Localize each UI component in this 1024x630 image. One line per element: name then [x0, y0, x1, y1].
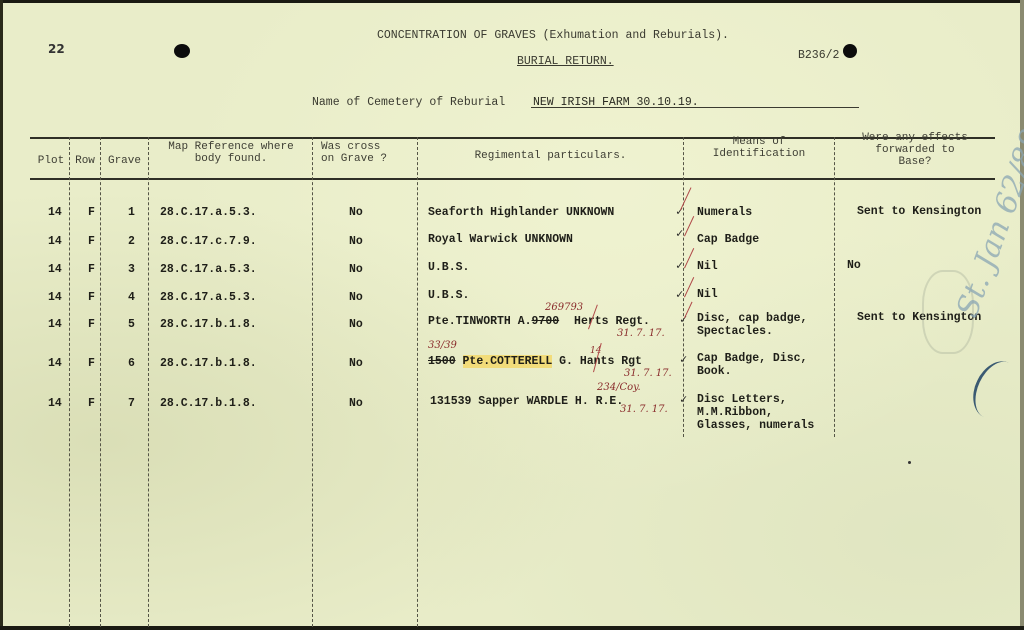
header-means: Means of Identification — [684, 136, 834, 160]
cell-cross: No — [349, 235, 363, 248]
cell-grave: 1 — [128, 206, 135, 219]
header-means-line2: Identification — [684, 148, 834, 160]
check-mark-icon: ✓ — [676, 258, 683, 273]
column-divider — [417, 137, 418, 627]
handwritten-date: 31. 7. 17. — [620, 404, 668, 415]
cell-grave: 5 — [128, 318, 135, 331]
column-divider — [100, 137, 101, 627]
header-effects-line3: Base? — [835, 156, 995, 168]
cell-plot: 14 — [48, 318, 62, 331]
pencil-mark — [964, 354, 1024, 427]
header-row: Row — [70, 155, 100, 167]
punch-hole-icon — [843, 44, 857, 58]
check-mark-icon: ✓ — [676, 287, 683, 302]
cell-identification: Cap Badge — [697, 233, 759, 246]
cell-regimental: U.B.S. — [428, 289, 469, 302]
ink-dot — [908, 461, 911, 464]
red-slash-mark — [684, 248, 694, 268]
cemetery-underline — [531, 107, 859, 108]
regimental-unit: G. Hants Rgt — [559, 355, 642, 368]
cell-map-ref: 28.C.17.a.5.3. — [160, 291, 257, 304]
cell-row: F — [88, 206, 95, 219]
red-slash-mark — [684, 277, 694, 297]
cell-grave: 3 — [128, 263, 135, 276]
cell-map-ref: 28.C.17.b.1.8. — [160, 397, 257, 410]
column-divider — [312, 137, 313, 627]
red-slash-mark — [680, 187, 691, 210]
cell-regimental: 1500 Pte.COTTERELL G. Hants Rgt — [428, 355, 642, 368]
cell-regimental: Pte.TINWORTH A.9700 Herts Regt. — [428, 315, 650, 328]
cell-map-ref: 28.C.17.a.5.3. — [160, 206, 257, 219]
cell-identification: Nil — [697, 260, 718, 273]
scan-border-top — [0, 0, 1024, 3]
header-cross-line2: on Grave ? — [321, 153, 425, 165]
cell-row: F — [88, 318, 95, 331]
header-means-line1: Means of — [684, 136, 834, 148]
cell-regimental: Seaforth Highlander UNKNOWN — [428, 206, 614, 219]
cell-cross: No — [349, 291, 363, 304]
check-mark-icon: ✓ — [676, 226, 683, 241]
cell-identification: Disc Letters, M.M.Ribbon, Glasses, numer… — [697, 393, 814, 432]
struck-number: 9700 — [532, 315, 560, 328]
regimental-unit: Herts Regt. — [574, 315, 650, 328]
header-plot: Plot — [33, 155, 69, 167]
scan-border-left — [0, 0, 3, 630]
cell-regimental: 131539 Sapper WARDLE H. R.E. — [430, 395, 623, 408]
cell-cross: No — [349, 263, 363, 276]
cell-row: F — [88, 357, 95, 370]
column-divider — [69, 137, 70, 627]
cell-identification: Numerals — [697, 206, 752, 219]
cell-effects: No — [847, 259, 861, 272]
cell-cross: No — [349, 318, 363, 331]
punch-hole-icon — [174, 44, 190, 58]
cell-row: F — [88, 397, 95, 410]
cell-cross: No — [349, 206, 363, 219]
cell-row: F — [88, 263, 95, 276]
cell-grave: 2 — [128, 235, 135, 248]
page-number: 22 — [48, 42, 65, 56]
document-title: CONCENTRATION OF GRAVES (Exhumation and … — [377, 29, 729, 42]
cell-plot: 14 — [48, 206, 62, 219]
cell-identification: Cap Badge, Disc, Book. — [697, 352, 807, 378]
handwritten-service-number: 33/39 — [428, 340, 457, 351]
table-header-rule — [30, 178, 995, 180]
header-map-reference-line1: Map Reference where — [150, 141, 312, 153]
cell-map-ref: 28.C.17.a.5.3. — [160, 263, 257, 276]
cell-effects: Sent to Kensington — [857, 205, 981, 218]
document-subtitle: BURIAL RETURN. — [517, 55, 614, 68]
cell-row: F — [88, 235, 95, 248]
red-slash-mark — [684, 302, 693, 319]
cell-grave: 4 — [128, 291, 135, 304]
header-cross: Was cross on Grave ? — [313, 141, 425, 165]
cell-map-ref: 28.C.17.c.7.9. — [160, 235, 257, 248]
reference-code: B236/2 — [798, 49, 839, 62]
handwritten-date: 31. 7. 17. — [624, 368, 672, 379]
regimental-name: Pte.TINWORTH A. — [428, 315, 532, 328]
highlighted-name: Pte.COTTERELL — [463, 355, 553, 368]
header-effects: Were any effects forwarded to Base? — [835, 132, 995, 168]
cell-regimental: Royal Warwick UNKNOWN — [428, 233, 573, 246]
cemetery-label: Name of Cemetery of Reburial — [312, 96, 505, 109]
cell-identification: Disc, cap badge, Spectacles. — [697, 312, 807, 338]
check-mark-icon: ✓ — [680, 392, 687, 407]
cell-grave: 6 — [128, 357, 135, 370]
cell-map-ref: 28.C.17.b.1.8. — [160, 318, 257, 331]
handwritten-date: 31. 7. 17. — [617, 328, 665, 339]
cell-plot: 14 — [48, 291, 62, 304]
handwritten-unit: 234/Coy. — [597, 382, 641, 393]
check-mark-icon: ✓ — [680, 352, 687, 367]
cell-grave: 7 — [128, 397, 135, 410]
cell-row: F — [88, 291, 95, 304]
cell-plot: 14 — [48, 235, 62, 248]
header-effects-line2: forwarded to — [835, 144, 995, 156]
scan-border-bottom — [0, 626, 1024, 630]
header-grave: Grave — [101, 155, 148, 167]
scan-border-right — [1020, 0, 1024, 630]
header-map-reference: Map Reference where body found. — [150, 141, 312, 165]
cell-regimental: U.B.S. — [428, 261, 469, 274]
cell-plot: 14 — [48, 263, 62, 276]
handwritten-service-number: 269793 — [545, 302, 583, 313]
cell-identification: Nil — [697, 288, 718, 301]
red-slash-mark — [684, 216, 694, 236]
header-map-reference-line2: body found. — [150, 153, 312, 165]
cell-plot: 14 — [48, 357, 62, 370]
header-regimental: Regimental particulars. — [418, 150, 683, 162]
cell-cross: No — [349, 397, 363, 410]
header-effects-line1: Were any effects — [835, 132, 995, 144]
cell-plot: 14 — [48, 397, 62, 410]
column-divider — [834, 137, 835, 437]
cell-map-ref: 28.C.17.b.1.8. — [160, 357, 257, 370]
cell-cross: No — [349, 357, 363, 370]
struck-number: 1500 — [428, 355, 456, 368]
column-divider — [148, 137, 149, 627]
header-cross-line1: Was cross — [321, 141, 425, 153]
